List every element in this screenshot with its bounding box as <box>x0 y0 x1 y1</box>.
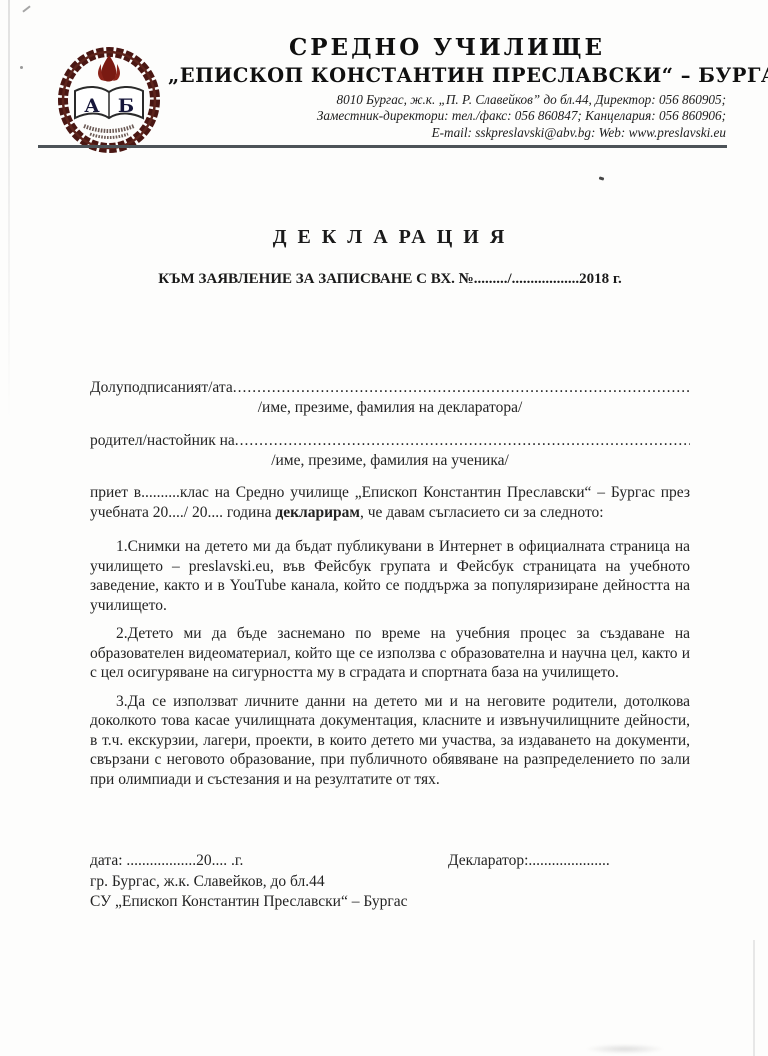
document-subtitle: КЪМ ЗАЯВЛЕНИЕ ЗА ЗАПИСВАНЕ С ВХ. №......… <box>90 271 690 288</box>
intro-text-after: , че давам съгласието си за следното: <box>360 504 604 521</box>
contact-block: 8010 Бургас, ж.к. „П. Р. Славейков” до б… <box>168 92 726 141</box>
scan-edge-shadow <box>8 0 10 420</box>
declarant-caption: /име, презиме, фамилия на декларатора/ <box>90 398 690 418</box>
scan-speck <box>20 66 23 69</box>
declarator-line: Декларатор:..................... <box>448 851 610 872</box>
student-name-line: родител/настойник на....................… <box>90 431 690 451</box>
declarant-label: Долуподписаният/ата <box>90 378 233 398</box>
scan-smudge <box>585 1044 665 1054</box>
address-line: 8010 Бургас, ж.к. „П. Р. Славейков” до б… <box>168 92 726 108</box>
signature-block: дата: ..................20.... .г. Декла… <box>90 851 690 913</box>
flame-icon <box>101 55 116 82</box>
pen-mark <box>22 5 30 12</box>
consent-item-1: 1.Снимки на детето ми да бъдат публикува… <box>90 537 690 615</box>
consent-item-3: 3.Да се използват личните данни на детет… <box>90 692 690 790</box>
dotted-fill-line: ........................................… <box>233 378 690 398</box>
dotted-fill-line: ........................................… <box>235 431 690 451</box>
student-caption: /име, презиме, фамилия на ученика/ <box>90 451 690 471</box>
email-web-line: E-mail: sskpreslavski@abv.bg: Web: www.p… <box>168 125 726 141</box>
school-emblem-icon: А Б <box>56 44 162 156</box>
school-signature-name: СУ „Епископ Константин Преславски“ – Бур… <box>90 892 690 913</box>
scanned-declaration-page: А Б СРЕДНО УЧИЛИЩЕ „ЕПИСКОП КОНСТАНТИН П… <box>0 0 768 1056</box>
date-declarator-row: дата: ..................20.... .г. Декла… <box>90 851 690 872</box>
document-title: Д Е К Л А РА Ц И Я <box>90 226 690 249</box>
student-label: родител/настойник на <box>90 431 235 451</box>
header-divider <box>38 145 727 148</box>
scan-speck <box>599 176 605 180</box>
school-address-line: гр. Бургас, ж.к. Славейков, до бл.44 <box>90 872 690 893</box>
consent-item-2: 2.Детето ми да бъде заснемано по време н… <box>90 624 690 683</box>
logo-letter-b: Б <box>118 95 134 117</box>
logo-letter-a: А <box>84 95 100 117</box>
date-line: дата: ..................20.... .г. <box>90 852 243 869</box>
school-name-line: „ЕПИСКОП КОНСТАНТИН ПРЕСЛАВСКИ“ – БУРГАС <box>168 64 726 87</box>
intro-paragraph: приет в..........клас на Средно училище … <box>90 483 690 522</box>
intro-declare-word: декларирам <box>275 504 360 521</box>
scan-edge-line <box>753 940 755 1056</box>
school-type-line: СРЕДНО УЧИЛИЩЕ <box>168 34 726 61</box>
document-body: Долуподписаният/ата ....................… <box>90 378 690 789</box>
letterhead: СРЕДНО УЧИЛИЩЕ „ЕПИСКОП КОНСТАНТИН ПРЕСЛ… <box>168 34 726 141</box>
declarant-name-line: Долуподписаният/ата ....................… <box>90 378 690 398</box>
phones-line: Заместник-директори: тел./факс: 056 8608… <box>168 108 726 124</box>
